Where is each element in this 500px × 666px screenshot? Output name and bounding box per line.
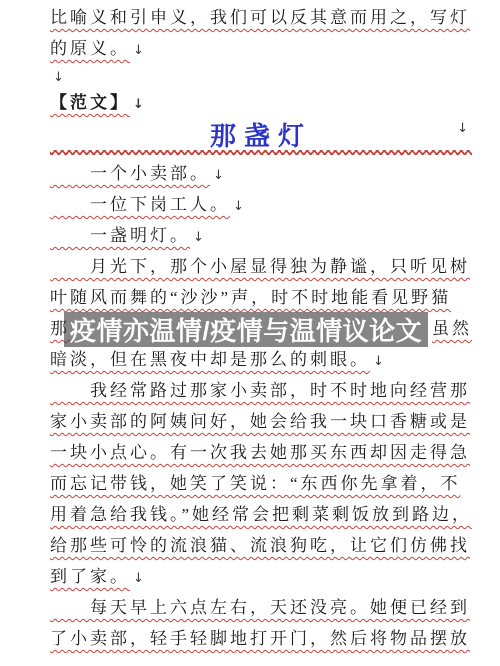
line-text: 月光下，那个小屋显得独为静谧，只听见树	[50, 257, 470, 276]
section-label-line: 【范文】↓	[50, 88, 472, 118]
paragraph-mark-icon: ↓	[373, 354, 384, 369]
line-text: 的原义。	[50, 39, 130, 58]
text-line: 的原义。↓	[50, 33, 472, 64]
text-line: 每天早上六点左右，天还没亮。她便已经到	[50, 592, 472, 623]
essay-title-line: 那盏灯 ↓	[50, 118, 472, 158]
line-text: 比喻义和引申义，我们可以反其意而用之，写灯	[50, 8, 470, 27]
paragraph-mark-icon: ↓	[133, 97, 144, 112]
section-label: 【范文】	[50, 93, 130, 112]
paragraph-mark-icon: ↓	[53, 70, 64, 85]
text-line: 暗淡，但在黑夜中却是那么的刺眼。↓	[50, 344, 472, 375]
essay-title: 那盏灯	[210, 122, 312, 151]
line-text: 一个小卖部。	[50, 164, 210, 183]
line-text: 一位下岗工人。	[50, 195, 230, 214]
text-line: 我经常路过那家小卖部，时不时地向经营那	[50, 375, 472, 406]
watermark-banner-text: 疫情亦温情/疫情与温情议论文	[70, 311, 422, 348]
line-text: 一盏明灯。	[50, 226, 190, 245]
paragraph-mark-icon: ↓	[213, 168, 224, 183]
text-line: 用着急给我钱。”她经常会把剩菜剩饭放到路边，	[50, 499, 472, 530]
line-text: 而忘记带钱，她笑了笑说：“东西你先拿着，不	[50, 474, 461, 493]
line-text: 家小卖部的阿姨问好，她会给我一块口香糖或是	[50, 412, 470, 431]
text-line: 一个小卖部。↓	[50, 158, 472, 189]
text-line: 而忘记带钱，她笑了笑说：“东西你先拿着，不	[50, 468, 472, 499]
paragraph-mark-icon: ↓	[133, 571, 144, 586]
text-line: 一位下岗工人。↓	[50, 189, 472, 220]
line-text: 了小卖部，轻手轻脚地打开门，然后将物品摆放	[50, 629, 470, 648]
paragraph-mark-icon: ↓	[457, 122, 468, 135]
line-text: 给那些可怜的流浪猫、流浪狗吃，让它们仿佛找	[50, 536, 470, 555]
line-text: 每天早上六点左右，天还没亮。她便已经到	[50, 598, 470, 617]
text-line: 叶随风而舞的“沙沙”声，时不时地能看见野猫	[50, 282, 472, 313]
empty-paragraph-line: ↓	[50, 64, 472, 88]
line-text: 叶随风而舞的“沙沙”声，时不时地能看见野猫	[50, 288, 451, 307]
text-line: 了小卖部，轻手轻脚地打开门，然后将物品摆放	[50, 623, 472, 654]
text-line: 给那些可怜的流浪猫、流浪狗吃，让它们仿佛找	[50, 530, 472, 561]
text-line: 到了家。↓	[50, 561, 472, 592]
line-text: 我经常路过那家小卖部，时不时地向经营那	[50, 381, 470, 400]
line-text: 暗淡，但在黑夜中却是那么的刺眼。	[50, 350, 370, 369]
line-text: 一块小点心。有一次我去她那买东西却因走得急	[50, 443, 470, 462]
text-line: 月光下，那个小屋显得独为静谧，只听见树	[50, 251, 472, 282]
text-line: 比喻义和引申义，我们可以反其意而用之，写灯	[50, 2, 472, 33]
text-line: 家小卖部的阿姨问好，她会给我一块口香糖或是	[50, 406, 472, 437]
line-text: 到了家。	[50, 567, 130, 586]
paragraph-mark-icon: ↓	[233, 199, 244, 214]
text-line: 一块小点心。有一次我去她那买东西却因走得急	[50, 437, 472, 468]
text-line: 一盏明灯。↓	[50, 220, 472, 251]
paragraph-mark-icon: ↓	[133, 43, 144, 58]
paragraph-mark-icon: ↓	[193, 230, 204, 245]
line-text: 用着急给我钱。”她经常会把剩菜剩饭放到路边，	[50, 505, 472, 524]
spellcheck-squiggle	[50, 150, 472, 155]
obscured-line-right: 虽然	[432, 313, 472, 344]
watermark-banner: 疫情亦温情/疫情与温情议论文	[64, 312, 428, 347]
document-page: 比喻义和引申义，我们可以反其意而用之，写灯 的原义。↓ ↓ 【范文】↓ 那盏灯 …	[0, 0, 500, 666]
